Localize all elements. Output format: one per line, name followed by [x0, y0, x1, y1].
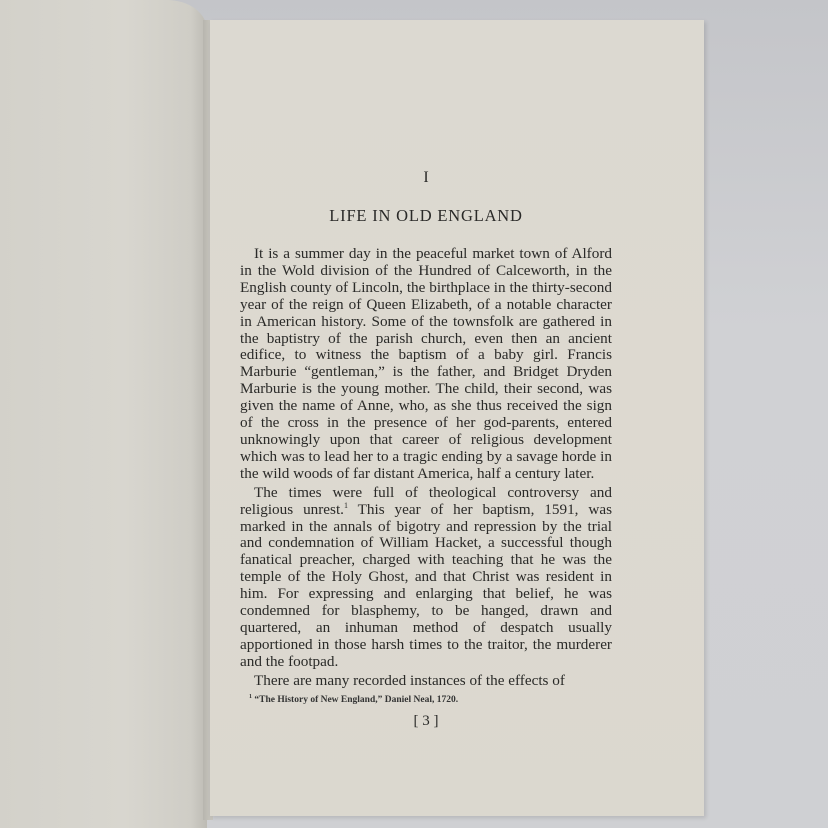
body-text: It is a summer day in the peaceful marke… — [240, 246, 612, 690]
paragraph-3: There are many recorded instances of the… — [240, 673, 612, 690]
page-content: I LIFE IN OLD ENGLAND It is a summer day… — [240, 168, 612, 730]
chapter-title: LIFE IN OLD ENGLAND — [240, 206, 612, 226]
left-blank-page — [0, 0, 207, 828]
page-number: [ 3 ] — [240, 713, 612, 730]
paragraph-1: It is a summer day in the peaceful marke… — [240, 246, 612, 483]
footnote-text: “The History of New England,” Daniel Nea… — [254, 695, 458, 705]
paragraph-2-rest: This year of her baptism, 1591, was mark… — [240, 501, 612, 670]
chapter-number: I — [240, 168, 612, 188]
footnote-mark: 1 — [249, 694, 252, 700]
footnote: 1 “The History of New England,” Daniel N… — [240, 694, 612, 705]
paragraph-2: The times were full of theological contr… — [240, 485, 612, 671]
